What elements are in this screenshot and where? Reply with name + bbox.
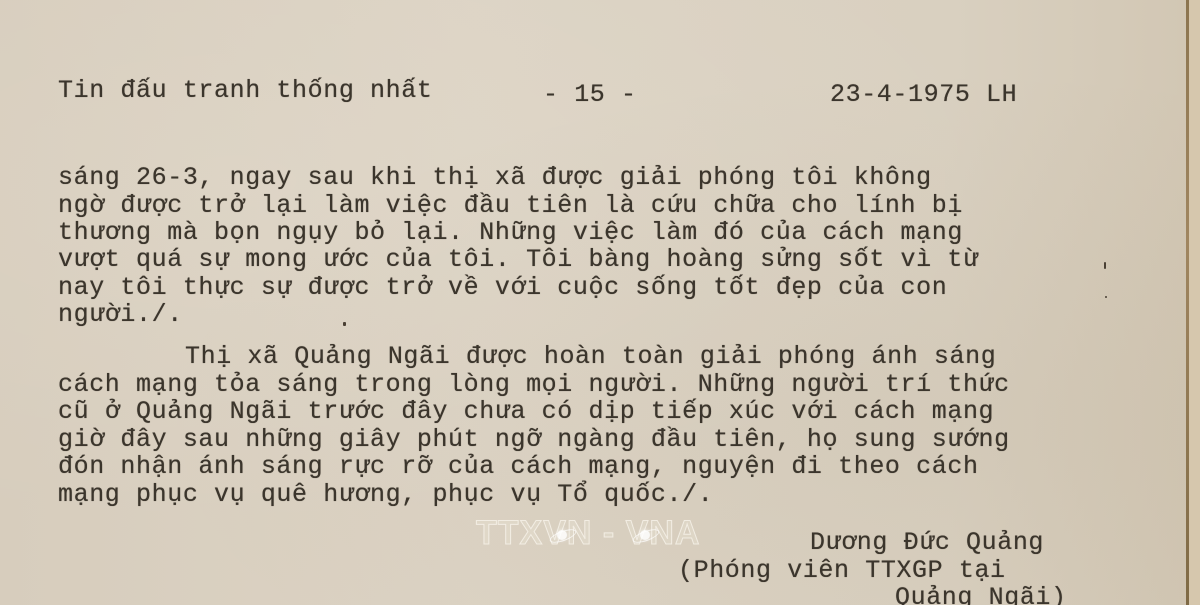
text-line: cũ ở Quảng Ngãi trước đây chưa có dịp ti… <box>58 399 994 424</box>
text-line: sáng 26-3, ngay sau khi thị xã được giải… <box>58 165 932 190</box>
text-line: vượt quá sự mong ước của tôi. Tôi bàng h… <box>58 247 979 272</box>
text-line: mạng phục vụ quê hương, phục vụ Tổ quốc.… <box>58 482 713 507</box>
document-page: Tin đấu tranh thống nhất - 15 - 23-4-197… <box>0 0 1188 605</box>
watermark: TTXVN - VNA <box>476 514 700 553</box>
author-place: Quảng Ngãi) <box>895 585 1067 605</box>
page-number: - 15 - <box>543 82 637 107</box>
background-margin <box>1189 0 1200 605</box>
text-line: Thị xã Quảng Ngãi được hoàn toàn giải ph… <box>185 344 996 369</box>
text-line: thương mà bọn ngụy bỏ lại. Những việc là… <box>58 220 963 245</box>
text-line: nay tôi thực sự được trở về với cuộc sốn… <box>58 275 947 300</box>
ink-speck <box>1104 262 1106 269</box>
text-line: đón nhận ánh sáng rực rỡ của cách mạng, … <box>58 454 979 479</box>
author-role: (Phóng viên TTXGP tại <box>678 558 1006 583</box>
publication-title: Tin đấu tranh thống nhất <box>58 78 432 103</box>
text-line: cách mạng tỏa sáng trong lòng mọi người.… <box>58 372 1010 397</box>
author-name: Dương Đức Quảng <box>810 530 1044 555</box>
text-line: người./. <box>58 302 183 327</box>
text-line: giờ đây sau những giây phút ngỡ ngàng đầ… <box>58 427 1010 452</box>
document-date: 23-4-1975 LH <box>830 82 1017 107</box>
ink-speck <box>343 322 346 326</box>
text-line: ngờ được trở lại làm việc đầu tiên là cứ… <box>58 193 963 218</box>
ink-speck <box>1105 296 1107 298</box>
